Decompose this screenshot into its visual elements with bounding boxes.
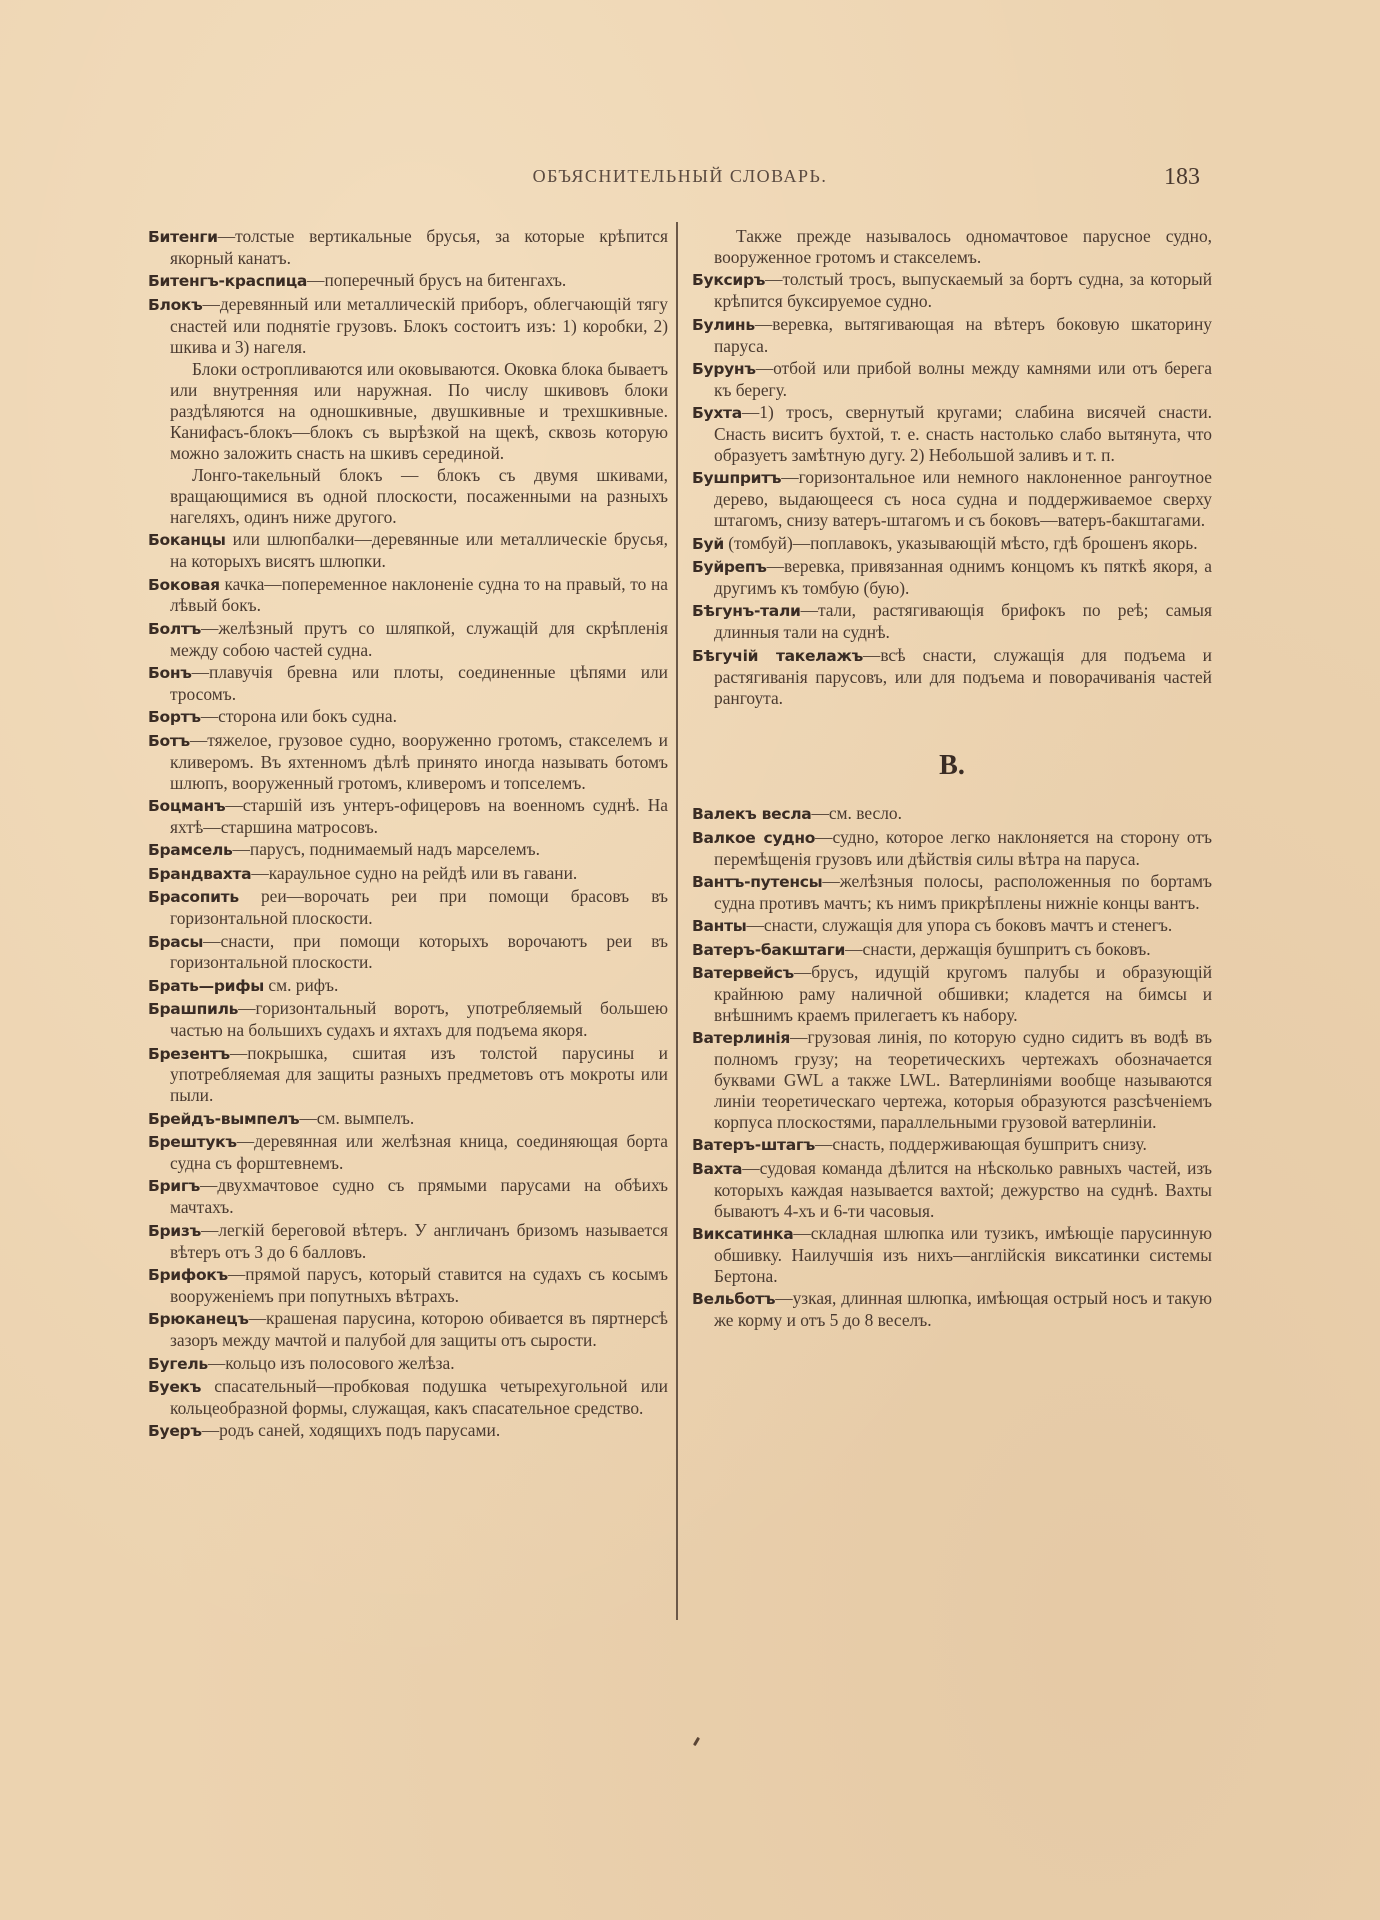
dictionary-entry: Брандвахта—караульное судно на рейдѣ или…	[148, 863, 668, 885]
dictionary-entry: Брештукъ—деревянная или желѣзная кница, …	[148, 1131, 668, 1174]
definition: —прямой парусъ, который ставится на суда…	[170, 1264, 668, 1306]
definition: —сторона или бокъ судна.	[201, 706, 397, 726]
definition: —родъ саней, ходящихъ подъ парусами.	[202, 1420, 500, 1440]
dictionary-entry: Валекъ весла—см. весло.	[692, 803, 1212, 825]
dictionary-entry: Брейдъ-вымпелъ—см. вымпелъ.	[148, 1108, 668, 1130]
definition: качка—попеременное наклоненіе судна то н…	[170, 574, 668, 616]
definition: —веревка, привязанная однимъ концомъ къ …	[714, 556, 1212, 598]
definition: —старшій изъ унтеръ-офицеровъ на военном…	[170, 795, 668, 837]
definition: —желѣзный прутъ со шляпкой, служащій для…	[170, 618, 668, 660]
headword: Валкое судно	[692, 829, 815, 847]
headword: Бѣгунъ-тали	[692, 602, 801, 620]
dictionary-entry: Вантъ-путенсы—желѣзныя полосы, расположе…	[692, 871, 1212, 914]
entry-paragraph: Лонго-такельный блокъ — блокъ съ двумя ш…	[148, 465, 668, 528]
definition: —снасти, служащія для упора съ боковъ ма…	[746, 915, 1172, 935]
headword: Ватеръ-бакштаги	[692, 941, 845, 959]
right-column: Также прежде называлось одномачтовое пар…	[692, 226, 1212, 1333]
definition: —тяжелое, грузовое судно, вооруженно гро…	[170, 730, 668, 793]
dictionary-entry: Брашпиль—горизонтальный воротъ, употребл…	[148, 998, 668, 1041]
dictionary-entry: Буйрепъ—веревка, привязанная однимъ конц…	[692, 556, 1212, 599]
dictionary-entry: Валкое судно—судно, которое легко наклон…	[692, 827, 1212, 870]
headword: Валекъ весла	[692, 805, 811, 823]
headword: Бѣгучій такелажъ	[692, 647, 863, 665]
headword: Битенги	[148, 228, 218, 246]
definition: —плавучія бревна или плоты, соединенные …	[170, 662, 668, 704]
dictionary-entry: Бортъ—сторона или бокъ судна.	[148, 706, 668, 728]
dictionary-entry: Брамсель—парусъ, поднимаемый надъ марсел…	[148, 839, 668, 861]
definition: —горизонтальное или немного наклоненное …	[714, 467, 1212, 530]
definition: —парусъ, поднимаемый надъ марселемъ.	[233, 839, 541, 859]
headword: Ванты	[692, 917, 746, 935]
dictionary-entry: Битенгъ-краспица—поперечный брусъ на бит…	[148, 270, 668, 292]
dictionary-entry: Ботъ—тяжелое, грузовое судно, вооруженно…	[148, 730, 668, 794]
dictionary-entry: Бригъ—двухмачтовое судно съ прямыми пару…	[148, 1175, 668, 1218]
dictionary-entry: Ватеръ-бакштаги—снасти, держащія бушприт…	[692, 939, 1212, 961]
definition: —узкая, длинная шлюпка, имѣющая острый н…	[714, 1288, 1212, 1330]
definition: —деревянный или металлическій приборъ, о…	[170, 294, 668, 357]
headword: Бризъ	[148, 1222, 201, 1240]
dictionary-entry: Булинь—веревка, вытягивающая на вѣтеръ б…	[692, 314, 1212, 357]
definition: —деревянная или желѣзная кница, соединяю…	[170, 1131, 668, 1173]
headword: Буекъ	[148, 1378, 201, 1396]
headword: Буй	[692, 535, 724, 553]
dictionary-entry: Бушпритъ—горизонтальное или немного накл…	[692, 467, 1212, 531]
dictionary-entry: Болтъ—желѣзный прутъ со шляпкой, служащі…	[148, 618, 668, 661]
definition: —покрышка, сшитая изъ толстой парусины и…	[170, 1043, 668, 1106]
definition: см. рифъ.	[264, 975, 338, 995]
headword: Бугель	[148, 1355, 208, 1373]
dictionary-entry: Буеръ—родъ саней, ходящихъ подъ парусами…	[148, 1420, 668, 1442]
dictionary-entry: Брать—рифы см. рифъ.	[148, 975, 668, 997]
dictionary-entry: Виксатинка—складная шлюпка или тузикъ, и…	[692, 1223, 1212, 1287]
headword: Брештукъ	[148, 1133, 237, 1151]
entry-paragraph: Блоки остропливаются или оковываются. Ок…	[148, 359, 668, 464]
definition: (томбуй)—поплавокъ, указывающій мѣсто, г…	[724, 533, 1198, 553]
headword: Брасопить	[148, 888, 239, 906]
definition: —снасти, держащія бушпритъ съ боковъ.	[845, 939, 1151, 959]
headword: Брандвахта	[148, 865, 251, 883]
dictionary-entry: Ванты—снасти, служащія для упора съ боко…	[692, 915, 1212, 937]
definition: —отбой или прибой волны между камнями ил…	[714, 358, 1212, 400]
headword: Буксиръ	[692, 271, 765, 289]
headword: Бушпритъ	[692, 469, 781, 487]
paragraph-text: Также прежде называлось одномачтовое пар…	[714, 226, 1212, 267]
definition: —см. вымпелъ.	[299, 1108, 414, 1128]
dictionary-entry: Буксиръ—толстый тросъ, выпускаемый за бо…	[692, 269, 1212, 312]
definition: —1) тросъ, свернутый кругами; слабина ви…	[714, 402, 1212, 465]
headword: Бурунъ	[692, 360, 756, 378]
ink-speck	[693, 1737, 700, 1746]
dictionary-entry: Бухта—1) тросъ, свернутый кругами; слаби…	[692, 402, 1212, 466]
definition: —веревка, вытягивающая на вѣтеръ боковую…	[714, 314, 1212, 356]
headword: Болтъ	[148, 620, 201, 638]
headword: Брейдъ-вымпелъ	[148, 1110, 299, 1128]
definition: —двухмачтовое судно съ прямыми парусами …	[170, 1175, 668, 1217]
headword: Ватеръ-штагъ	[692, 1136, 815, 1154]
entry-continuation: Также прежде называлось одномачтовое пар…	[692, 226, 1212, 268]
running-head: Объяснительный словарь. 183	[160, 166, 1200, 196]
definition: —толстые вертикальные брусья, за которые…	[170, 226, 668, 268]
definition: —караульное судно на рейдѣ или въ гавани…	[251, 863, 577, 883]
dictionary-entry: Ватерлинія—грузовая линія, по которую су…	[692, 1027, 1212, 1133]
dictionary-entry: Брасы—снасти, при помощи которыхъ вороча…	[148, 931, 668, 974]
definition: или шлюпбалки—деревянные или металлическ…	[170, 529, 668, 571]
dictionary-entry: Вахта—судовая команда дѣлится на нѣсколь…	[692, 1158, 1212, 1222]
column-divider	[676, 222, 678, 1620]
headword: Буйрепъ	[692, 558, 767, 576]
dictionary-entry: Битенги—толстые вертикальные брусья, за …	[148, 226, 668, 269]
headword: Брасы	[148, 933, 203, 951]
definition: реи—ворочать реи при помощи брасовъ въ г…	[170, 886, 668, 928]
left-column: Битенги—толстые вертикальные брусья, за …	[148, 226, 668, 1444]
headword: Брашпиль	[148, 1000, 238, 1018]
headword: Вахта	[692, 1160, 742, 1178]
page-number: 183	[1164, 164, 1200, 191]
dictionary-entry: Буй (томбуй)—поплавокъ, указывающій мѣст…	[692, 533, 1212, 555]
dictionary-entry: Ватервейсъ—брусъ, идущій кругомъ палубы …	[692, 962, 1212, 1026]
headword: Брезентъ	[148, 1045, 230, 1063]
headword: Виксатинка	[692, 1225, 793, 1243]
dictionary-entry: Блокъ—деревянный или металлическій прибо…	[148, 294, 668, 358]
dictionary-entry: Боцманъ—старшій изъ унтеръ-офицеровъ на …	[148, 795, 668, 838]
headword: Ватервейсъ	[692, 964, 794, 982]
definition: —снасть, поддерживающая бушпритъ снизу.	[815, 1134, 1147, 1154]
headword: Ботъ	[148, 732, 190, 750]
section-letter-heading: В.	[692, 756, 1212, 777]
headword: Бригъ	[148, 1177, 200, 1195]
headword: Бухта	[692, 404, 742, 422]
headword: Вантъ-путенсы	[692, 873, 822, 891]
headword: Битенгъ-краспица	[148, 272, 307, 290]
dictionary-entry: Буекъ спасательный—пробковая подушка чет…	[148, 1376, 668, 1419]
definition: —см. весло.	[811, 803, 902, 823]
headword: Ватерлинія	[692, 1029, 790, 1047]
headword: Брамсель	[148, 841, 233, 859]
headword: Блокъ	[148, 296, 202, 314]
definition: —снасти, при помощи которыхъ ворочаютъ р…	[170, 931, 668, 973]
dictionary-entry: Брасопить реи—ворочать реи при помощи бр…	[148, 886, 668, 929]
definition: —толстый тросъ, выпускаемый за бортъ суд…	[714, 269, 1212, 311]
headword: Буеръ	[148, 1422, 202, 1440]
headword: Булинь	[692, 316, 755, 334]
headword: Боканцы	[148, 531, 226, 549]
definition: —поперечный брусъ на битенгахъ.	[307, 270, 566, 290]
dictionary-entry: Бонъ—плавучія бревна или плоты, соединен…	[148, 662, 668, 705]
headword: Брифокъ	[148, 1266, 228, 1284]
headword: Боковая	[148, 576, 220, 594]
paragraph-text: Лонго-такельный блокъ — блокъ съ двумя ш…	[170, 465, 668, 527]
dictionary-entry: Боканцы или шлюпбалки—деревянные или мет…	[148, 529, 668, 572]
definition: спасательный—пробковая подушка четырехуг…	[170, 1376, 668, 1418]
headword: Брать—рифы	[148, 977, 264, 995]
definition: —кольцо изъ полосового желѣза.	[208, 1353, 455, 1373]
dictionary-entry: Брезентъ—покрышка, сшитая изъ толстой па…	[148, 1043, 668, 1107]
definition: —горизонтальный воротъ, употребляемый бо…	[170, 998, 668, 1040]
dictionary-entry: Бѣгучій такелажъ—всѣ снасти, служащія дл…	[692, 645, 1212, 709]
dictionary-entry: Бурунъ—отбой или прибой волны между камн…	[692, 358, 1212, 401]
definition: —легкій береговой вѣтеръ. У англичанъ бр…	[170, 1220, 668, 1262]
definition: —судовая команда дѣлится на нѣсколько ра…	[714, 1158, 1212, 1221]
dictionary-entry: Бугель—кольцо изъ полосового желѣза.	[148, 1353, 668, 1375]
dictionary-entry: Брифокъ—прямой парусъ, который ставится …	[148, 1264, 668, 1307]
headword: Боцманъ	[148, 797, 225, 815]
headword: Брюканецъ	[148, 1310, 249, 1328]
dictionary-entry: Боковая качка—попеременное наклоненіе су…	[148, 574, 668, 617]
dictionary-entry: Брюканецъ—крашеная парусина, которою оби…	[148, 1308, 668, 1351]
headword: Вельботъ	[692, 1290, 775, 1308]
headword: Бортъ	[148, 708, 201, 726]
headword: Бонъ	[148, 664, 192, 682]
dictionary-entry: Бризъ—легкій береговой вѣтеръ. У англича…	[148, 1220, 668, 1263]
dictionary-entry: Вельботъ—узкая, длинная шлюпка, имѣющая …	[692, 1288, 1212, 1331]
paragraph-text: Блоки остропливаются или оковываются. Ок…	[170, 359, 668, 463]
dictionary-entry: Ватеръ-штагъ—снасть, поддерживающая бушп…	[692, 1134, 1212, 1156]
dictionary-entry: Бѣгунъ-тали—тали, растягивающія брифокъ …	[692, 600, 1212, 643]
running-title: Объяснительный словарь.	[160, 166, 1200, 187]
